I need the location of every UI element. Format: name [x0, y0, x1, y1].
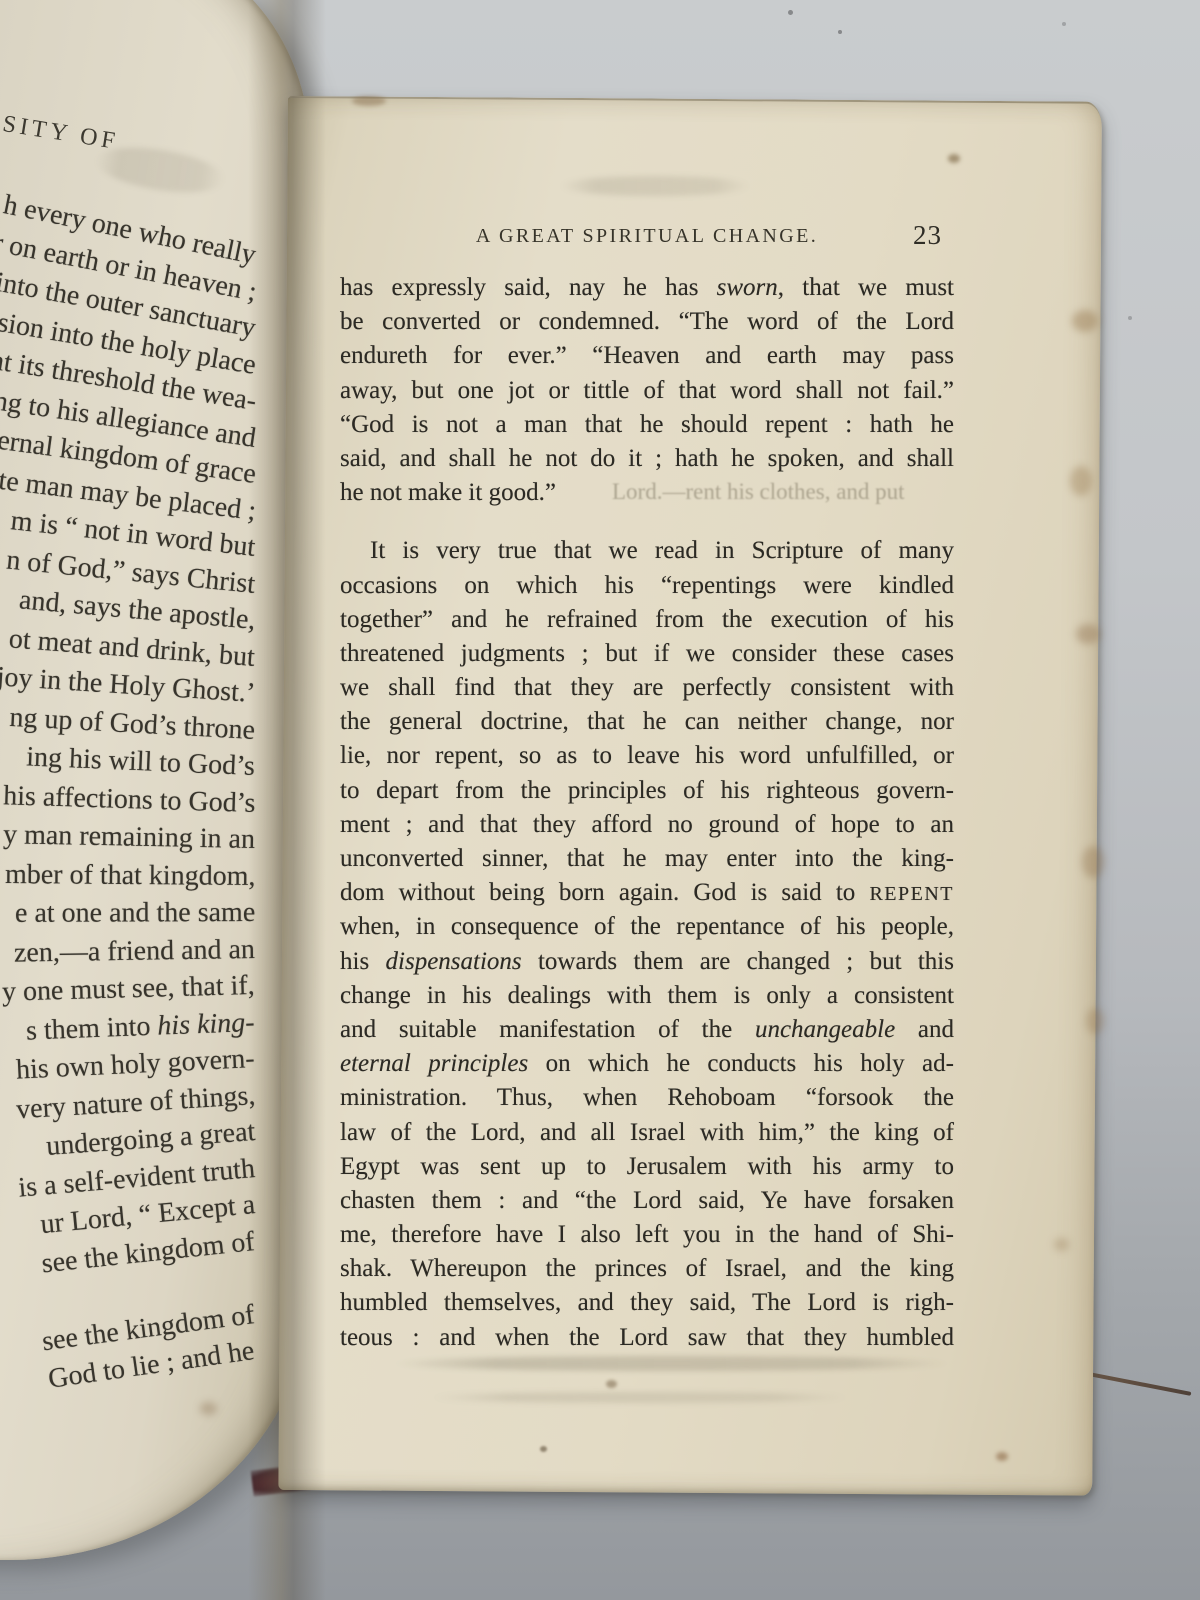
text-segment: ministration. Thus, when Rehoboam “forso… — [340, 1084, 954, 1111]
text-line: away, but one jot or tittle of that word… — [340, 374, 954, 408]
text-line: together” and he refrained from the exec… — [340, 603, 954, 637]
text-segment: his king- — [157, 1007, 255, 1042]
show-through-smudge — [560, 176, 750, 196]
text-line: dom without being born again. God is sai… — [340, 876, 954, 910]
text-segment: REPENT — [869, 883, 954, 905]
text-segment: dom without being born again. God is sai… — [340, 879, 869, 906]
foxing-spot — [1076, 624, 1100, 644]
foxing-spot — [352, 96, 386, 106]
foxing-spot — [1086, 1008, 1104, 1034]
foxing-spot — [1070, 466, 1092, 496]
text-segment: we shall find that they are perfectly co… — [340, 674, 954, 701]
show-through-smudge — [392, 1356, 952, 1371]
foxing-spot — [1072, 310, 1098, 332]
line-gap — [252, 1260, 256, 1296]
text-line: y man remaining in an — [3, 817, 256, 858]
text-line: occasions on which his “repentings were … — [340, 569, 954, 603]
text-segment: shak. Whereupon the princes of Israel, a… — [340, 1255, 954, 1282]
text-segment: teous : and when the Lord saw that they … — [340, 1324, 954, 1351]
text-line: threatened judgments ; but if we conside… — [340, 637, 954, 671]
text-segment: be converted or condemned. “The word of … — [340, 308, 954, 335]
text-segment: s them into — [26, 1010, 159, 1046]
text-segment: “God is not a man that he should repent … — [340, 411, 954, 438]
text-line: ment ; and that they afford no ground of… — [340, 808, 954, 842]
text-line: It is very true that we read in Scriptur… — [340, 534, 954, 568]
show-through-smudge — [430, 1392, 850, 1403]
text-segment: threatened judgments ; but if we conside… — [340, 640, 954, 667]
text-segment: chasten them : and “the Lord said, Ye ha… — [340, 1187, 954, 1214]
text-segment: dispensations — [386, 948, 522, 975]
text-line: unconverted sinner, that he may enter in… — [340, 842, 954, 876]
text-line: eternal principles on which he conducts … — [340, 1047, 954, 1081]
foxing-spot — [1054, 1238, 1069, 1251]
text-line: endureth for ever.” “Heaven and earth ma… — [340, 339, 954, 373]
text-line: zen,—a friend and an — [14, 932, 256, 972]
text-line: has expressly said, nay he has sworn, th… — [340, 271, 954, 305]
text-segment: and suitable manifestation of the — [340, 1016, 755, 1043]
text-line: chasten them : and “the Lord said, Ye ha… — [340, 1184, 954, 1218]
text-segment: occasions on which his “repentings were … — [340, 572, 954, 599]
text-line: said, and shall he not do it ; hath he s… — [340, 442, 954, 476]
text-line: “God is not a man that he should repent … — [340, 408, 954, 442]
text-segment: It is very true that we read in Scriptur… — [370, 537, 954, 564]
text-segment: sworn — [717, 274, 778, 301]
text-line: and suitable manifestation of the unchan… — [340, 1013, 954, 1047]
text-line: his affections to God’s — [2, 778, 255, 822]
text-line: ministration. Thus, when Rehoboam “forso… — [340, 1081, 954, 1115]
text-line: e at one and the same — [15, 895, 255, 932]
text-segment: y one must see, that if, — [2, 970, 255, 1008]
text-line: Egypt was sent up to Jerusalem with his … — [340, 1150, 954, 1184]
text-line: we shall find that they are perfectly co… — [340, 671, 954, 705]
foxing-spot — [1082, 846, 1104, 878]
right-page-column: A GREAT SPIRITUAL CHANGE. 23 has express… — [340, 225, 954, 1355]
book-photo: SITY OF h every one who reallyr on earth… — [0, 0, 1200, 1600]
text-segment: his affections to God’s — [3, 780, 256, 819]
text-segment: when, in consequence of the repentance o… — [340, 913, 954, 940]
foxing-spot — [606, 1380, 617, 1388]
text-segment: mber of that kingdom, — [5, 859, 256, 892]
text-line: to depart from the principles of his rig… — [340, 774, 954, 808]
foxing-spot — [540, 1446, 547, 1452]
text-segment: unconverted sinner, that he may enter in… — [340, 845, 954, 872]
text-segment: his — [340, 948, 386, 975]
paragraph: has expressly said, nay he has sworn, th… — [340, 271, 954, 510]
text-segment: towards them are changed ; but this — [522, 948, 954, 975]
text-segment: the general doctrine, that he can neithe… — [340, 708, 954, 735]
text-line: humbled themselves, and they said, The L… — [340, 1286, 954, 1320]
text-segment: on which he conducts his holy ad- — [528, 1050, 954, 1077]
paragraph: It is very true that we read in Scriptur… — [340, 534, 954, 1355]
text-line: the general doctrine, that he can neithe… — [340, 705, 954, 739]
text-segment: unchangeable — [755, 1016, 895, 1043]
foxing-spot — [948, 154, 960, 163]
text-segment: ment ; and that they afford no ground of… — [340, 811, 954, 838]
text-segment: me, therefore have I also left you in th… — [340, 1221, 954, 1248]
text-segment: y man remaining in an — [3, 819, 255, 855]
body-text: has expressly said, nay he has sworn, th… — [340, 271, 954, 1355]
ghost-text-line: Lord.—rent his clothes, and put — [612, 479, 905, 505]
text-line: change in his dealings with them is only… — [340, 979, 954, 1013]
foxing-spot — [996, 1452, 1008, 1461]
text-line: when, in consequence of the repentance o… — [340, 910, 954, 944]
text-line: his dispensations towards them are chang… — [340, 945, 954, 979]
page-number: 23 — [913, 220, 942, 251]
text-segment: zen,—a friend and an — [14, 934, 255, 969]
text-segment: e at one and the same — [15, 897, 255, 929]
text-segment: endureth for ever.” “Heaven and earth ma… — [340, 342, 954, 369]
text-line: law of the Lord, and all Israel with him… — [340, 1116, 954, 1150]
text-segment: to depart from the principles of his rig… — [340, 777, 954, 804]
text-line: me, therefore have I also left you in th… — [340, 1218, 954, 1252]
text-segment: change in his dealings with them is only… — [340, 982, 954, 1009]
text-segment: and — [895, 1016, 954, 1043]
text-segment: law of the Lord, and all Israel with him… — [340, 1119, 954, 1146]
text-line: lie, nor repent, so as to leave his word… — [340, 739, 954, 773]
text-segment: ing his will to God’s — [26, 741, 256, 782]
page-title: A GREAT SPIRITUAL CHANGE. — [340, 225, 954, 248]
running-header: A GREAT SPIRITUAL CHANGE. 23 — [340, 225, 954, 255]
text-segment: has expressly said, nay he has — [340, 274, 717, 301]
text-segment: lie, nor repent, so as to leave his word… — [340, 742, 954, 769]
text-segment: Egypt was sent up to Jerusalem with his … — [340, 1153, 954, 1180]
text-segment: humbled themselves, and they said, The L… — [340, 1289, 954, 1316]
text-line: mber of that kingdom, — [4, 857, 255, 895]
text-segment: together” and he refrained from the exec… — [340, 606, 954, 633]
text-segment: , that we must — [778, 274, 954, 301]
text-segment: he not make it good.” — [340, 479, 556, 506]
text-line: teous : and when the Lord saw that they … — [340, 1321, 954, 1355]
foxing-spot — [200, 1402, 217, 1415]
text-segment: eternal principles — [340, 1050, 528, 1077]
text-segment: away, but one jot or tittle of that word… — [340, 377, 954, 404]
text-segment: said, and shall he not do it ; hath he s… — [340, 445, 954, 472]
text-line: y one must see, that if, — [2, 968, 256, 1011]
text-line: shak. Whereupon the princes of Israel, a… — [340, 1252, 954, 1286]
text-line: be converted or condemned. “The word of … — [340, 305, 954, 339]
